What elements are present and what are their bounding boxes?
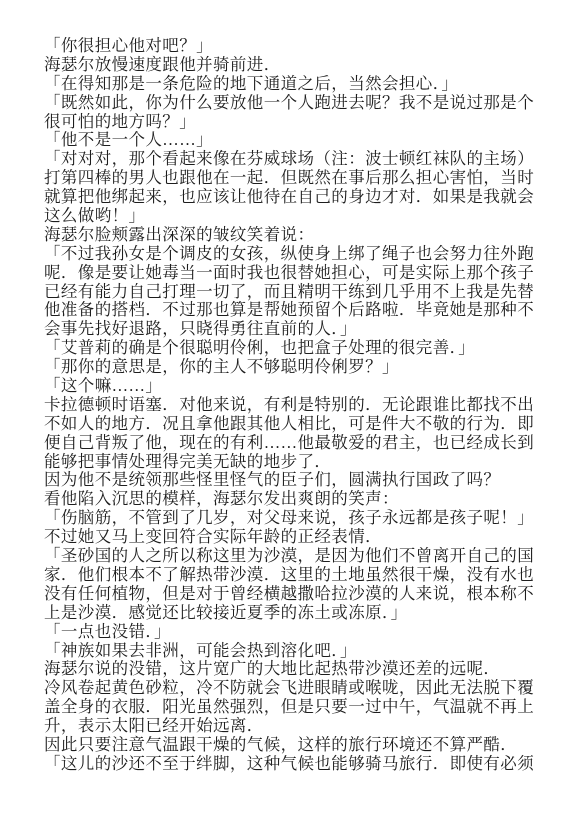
text-column: 「你很担心他对吧？」海瑟尔放慢速度跟他并骑前进．「在得知那是一条危险的地下通道之… — [44, 37, 544, 774]
text-line: 会事先找好退路，只晓得勇往直前的人．」 — [44, 320, 544, 339]
text-line: 因为他不是统领那些怪里怪气的臣子们，圆满执行国政了吗？ — [44, 471, 544, 490]
text-line: 这么做哟！」 — [44, 207, 544, 226]
text-line: 「他不是一个人……」 — [44, 131, 544, 150]
text-line: 不如人的地方．况且拿他跟其他人相比，可是件大不敬的行为．即 — [44, 415, 544, 434]
text-line: 不过她又马上变回符合实际年龄的正经表情． — [44, 528, 544, 547]
text-line: 盖全身的衣服．阳光虽然强烈，但是只要一过中午，气温就不再上 — [44, 698, 544, 717]
text-line: 「不过我孙女是个调皮的女孩，纵使身上绑了绳子也会努力往外跑 — [44, 245, 544, 264]
text-line: 因此只要注意气温跟干燥的气候，这样的旅行环境还不算严酷． — [44, 736, 544, 755]
text-line: 看他陷入沉思的模样，海瑟尔发出爽朗的笑声： — [44, 490, 544, 509]
text-line: 卡拉德顿时语塞．对他来说，有利是特别的．无论跟谁比都找不出 — [44, 396, 544, 415]
text-line: 很可怕的地方吗？」 — [44, 113, 544, 132]
text-line: 「圣砂国的人之所以称这里为沙漠，是因为他们不曾离开自己的国 — [44, 547, 544, 566]
text-line: 冷风卷起黄色砂粒，冷不防就会飞进眼睛或喉咙，因此无法脱下覆 — [44, 679, 544, 698]
novel-page: 「你很担心他对吧？」海瑟尔放慢速度跟他并骑前进．「在得知那是一条危险的地下通道之… — [0, 0, 583, 828]
text-line: 他准备的搭档．不过那也算是帮她预留个后路啦．毕竟她是那种不 — [44, 301, 544, 320]
text-line: 「神族如果去非洲，可能会热到溶化吧．」 — [44, 642, 544, 661]
text-line: 「伤脑筋，不管到了几岁，对父母来说，孩子永远都是孩子呢！」 — [44, 509, 544, 528]
text-line: 海瑟尔放慢速度跟他并骑前进． — [44, 56, 544, 75]
text-line: 「既然如此，你为什么要放他一个人跑进去呢？我不是说过那是个 — [44, 94, 544, 113]
text-line: 「这儿的沙还不至于绊脚，这种气候也能够骑马旅行．即使有必须 — [44, 755, 544, 774]
text-line: 升，表示太阳已经开始远离． — [44, 717, 544, 736]
text-line: 已经有能力自己打理一切了，而且精明干练到几乎用不上我是先替 — [44, 283, 544, 302]
text-line: 没有任何植物，但是对于曾经横越撒哈拉沙漠的人来说，根本称不 — [44, 585, 544, 604]
text-line: 打第四棒的男人也跟他在一起．但既然在事后那么担心害怕，当时 — [44, 169, 544, 188]
text-line: 「那你的意思是，你的主人不够聪明伶俐罗？」 — [44, 358, 544, 377]
text-line: 「在得知那是一条危险的地下通道之后，当然会担心．」 — [44, 75, 544, 94]
text-line: 上是沙漠．感觉还比较接近夏季的冻土或冻原．」 — [44, 604, 544, 623]
text-line: 家．他们根本不了解热带沙漠．这里的土地虽然很干燥，没有水也 — [44, 566, 544, 585]
text-line: 「一点也没错．」 — [44, 623, 544, 642]
text-line: 「这个嘛……」 — [44, 377, 544, 396]
text-line: 「对对对，那个看起来像在芬威球场（注：波士顿红袜队的主场） — [44, 150, 544, 169]
text-line: 海瑟尔脸颊露出深深的皱纹笑着说： — [44, 226, 544, 245]
text-line: 就算把他绑起来，也应该让他待在自己的身边才对．如果是我就会 — [44, 188, 544, 207]
text-line: 「你很担心他对吧？」 — [44, 37, 544, 56]
text-line: 能够把事情处理得完美无缺的地步了． — [44, 453, 544, 472]
text-line: 便自己背叛了他，现在的有利……他最敬爱的君主，也已经成长到 — [44, 434, 544, 453]
text-line: 呢．像是要让她毒当一面时我也很替她担心，可是实际上那个孩子 — [44, 264, 544, 283]
text-line: 「艾普莉的确是个很聪明伶俐，也把盒子处理的很完善．」 — [44, 339, 544, 358]
text-line: 海瑟尔说的没错，这片宽广的大地比起热带沙漠还差的远呢． — [44, 660, 544, 679]
